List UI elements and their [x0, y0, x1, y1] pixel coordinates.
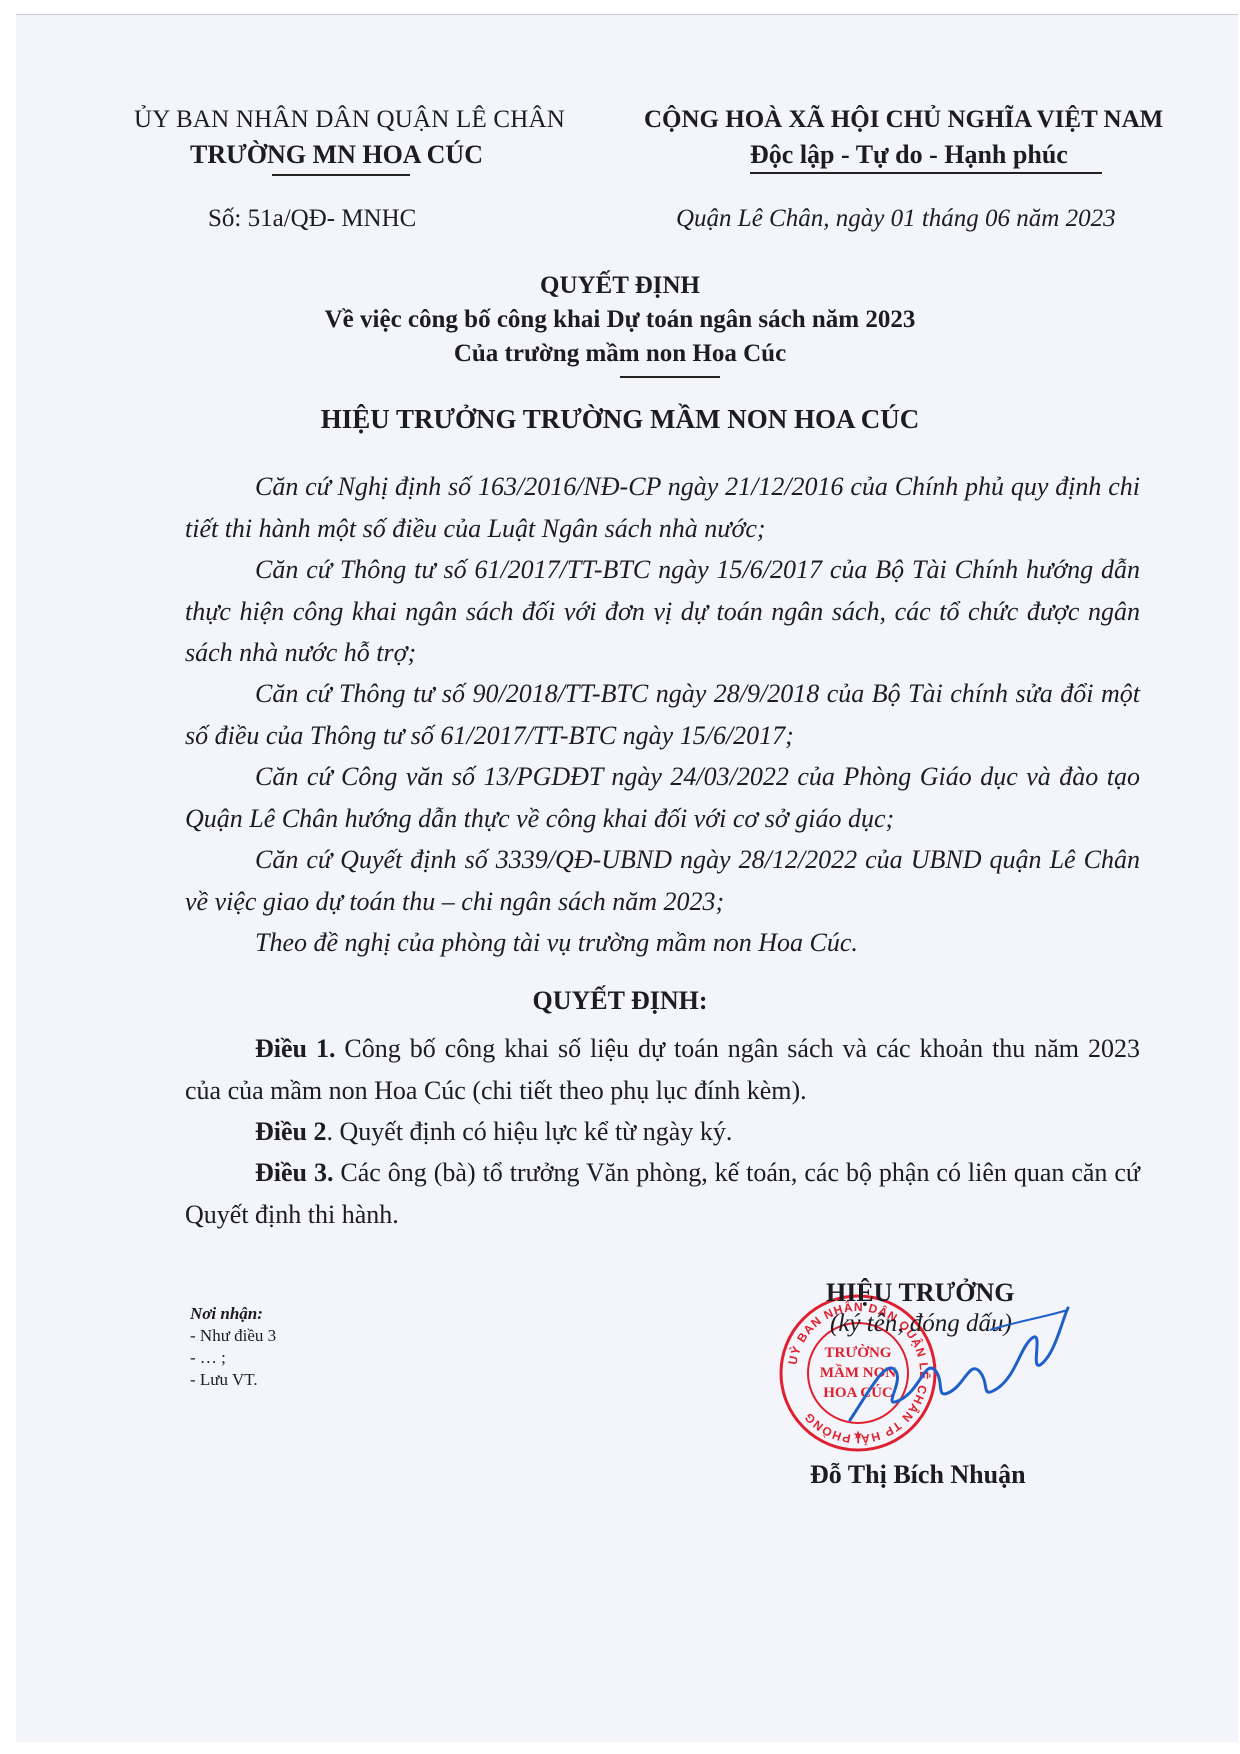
- legal-basis: Căn cứ Nghị định số 163/2016/NĐ-CP ngày …: [185, 466, 1140, 549]
- decision-heading: QUYẾT ĐỊNH:: [0, 986, 1240, 1016]
- legal-basis: Căn cứ Công văn số 13/PGDĐT ngày 24/03/2…: [185, 756, 1140, 839]
- article-1: Điều 1. Công bố công khai số liệu dự toá…: [185, 1028, 1140, 1111]
- national-motto: Độc lập - Tự do - Hạnh phúc: [750, 140, 1068, 170]
- recipient-item: - … ;: [190, 1347, 276, 1369]
- subject-line-2: Của trường mầm non Hoa Cúc: [0, 340, 1240, 368]
- motto-underline: [750, 172, 1102, 174]
- legal-basis: Căn cứ Thông tư số 90/2018/TT-BTC ngày 2…: [185, 673, 1140, 756]
- article-label: Điều 3.: [255, 1158, 333, 1187]
- national-title: CỘNG HOÀ XÃ HỘI CHỦ NGHĨA VIỆT NAM: [644, 106, 1163, 134]
- issuing-agency: ỦY BAN NHÂN DÂN QUẬN LÊ CHÂN: [134, 106, 565, 134]
- signer-name: Đỗ Thị Bích Nhuận: [810, 1460, 1026, 1490]
- place-date: Quận Lê Chân, ngày 01 tháng 06 năm 2023: [676, 205, 1116, 233]
- handwritten-signature: [840, 1300, 1070, 1440]
- document-number: Số: 51a/QĐ- MNHC: [208, 205, 416, 233]
- recipient-item: - Lưu VT.: [190, 1369, 276, 1391]
- recipients-heading: Nơi nhận:: [190, 1303, 276, 1325]
- school-underline: [272, 174, 410, 176]
- article-label: Điều 1.: [255, 1034, 335, 1063]
- document-title: QUYẾT ĐỊNH: [0, 272, 1240, 300]
- article-label: Điều 2: [255, 1117, 327, 1146]
- issuing-authority: HIỆU TRƯỞNG TRƯỜNG MẦM NON HOA CÚC: [0, 404, 1240, 435]
- proposal-basis: Theo đề nghị của phòng tài vụ trường mầm…: [185, 922, 1140, 964]
- legal-basis: Căn cứ Quyết định số 3339/QĐ-UBND ngày 2…: [185, 839, 1140, 922]
- article-3: Điều 3. Các ông (bà) tổ trưởng Văn phòng…: [185, 1152, 1140, 1235]
- school-name: TRƯỜNG MN HOA CÚC: [190, 140, 483, 170]
- recipients-block: Nơi nhận: - Như điều 3 - … ; - Lưu VT.: [190, 1303, 276, 1391]
- legal-basis: Căn cứ Thông tư số 61/2017/TT-BTC ngày 1…: [185, 549, 1140, 674]
- recipient-item: - Như điều 3: [190, 1325, 276, 1347]
- subject-line-1: Về việc công bố công khai Dự toán ngân s…: [0, 306, 1240, 334]
- title-underline: [620, 376, 720, 378]
- article-2: Điều 2. Quyết định có hiệu lực kể từ ngà…: [185, 1111, 1140, 1153]
